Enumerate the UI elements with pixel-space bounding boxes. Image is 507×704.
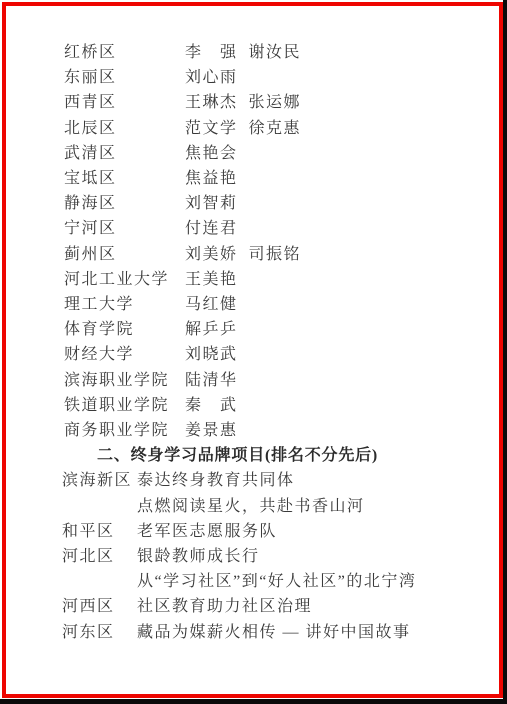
names-cell: 焦艳会: [185, 141, 238, 166]
org-cell: [62, 569, 137, 594]
project-cell: 银龄教师成长行: [137, 544, 260, 569]
list-item: 红桥区李 强 谢汝民: [0, 40, 507, 65]
org-cell: 商务职业学院: [64, 418, 185, 443]
org-cell: 东丽区: [64, 65, 185, 90]
names-cell: 王琳杰 张运娜: [185, 90, 301, 115]
names-cell: 王美艳: [185, 267, 238, 292]
org-cell: 西青区: [64, 90, 185, 115]
list-item: 静海区刘智莉: [0, 191, 507, 216]
scan-edge-bottom: [0, 699, 507, 704]
list-item: 铁道职业学院秦 武: [0, 393, 507, 418]
org-cell: 武清区: [64, 141, 185, 166]
project-cell: 老军医志愿服务队: [137, 519, 277, 544]
names-cell: 马红健: [185, 292, 238, 317]
org-cell: 静海区: [64, 191, 185, 216]
org-cell: 北辰区: [64, 116, 185, 141]
org-cell: 河东区: [62, 620, 137, 645]
project-cell: 点燃阅读星火，共赴书香山河: [137, 494, 365, 519]
org-cell: 铁道职业学院: [64, 393, 185, 418]
list-item: 武清区焦艳会: [0, 141, 507, 166]
org-cell: 理工大学: [64, 292, 185, 317]
names-cell: 焦益艳: [185, 166, 238, 191]
list-item: 西青区王琳杰 张运娜: [0, 90, 507, 115]
org-cell: 宁河区: [64, 216, 185, 241]
list-item: 商务职业学院姜景惠: [0, 418, 507, 443]
names-cell: 付连君: [185, 216, 238, 241]
list-item: 河北区银龄教师成长行: [0, 544, 507, 569]
names-cell: 解乒乒: [185, 317, 238, 342]
list-item: 北辰区范文学 徐克惠: [0, 116, 507, 141]
names-cell: 陆清华: [185, 368, 238, 393]
org-cell: 体育学院: [64, 317, 185, 342]
section-heading: 二、终身学习品牌项目(排名不分先后): [0, 443, 507, 468]
org-cell: 滨海新区: [62, 468, 137, 493]
names-cell: 刘晓武: [185, 342, 238, 367]
names-cell: 刘美娇 司振铭: [185, 242, 301, 267]
list-item: 东丽区刘心雨: [0, 65, 507, 90]
list-item: 点燃阅读星火，共赴书香山河: [0, 494, 507, 519]
org-cell: 河西区: [62, 594, 137, 619]
list-item: 和平区老军医志愿服务队: [0, 519, 507, 544]
names-cell: 李 强 谢汝民: [185, 40, 301, 65]
document-content: 红桥区李 强 谢汝民 东丽区刘心雨 西青区王琳杰 张运娜 北辰区范文学 徐克惠 …: [0, 40, 507, 645]
names-cell: 范文学 徐克惠: [185, 116, 301, 141]
names-cell: 刘心雨: [185, 65, 238, 90]
org-cell: 滨海职业学院: [64, 368, 185, 393]
list-item: 从“学习社区”到“好人社区”的北宁湾: [0, 569, 507, 594]
scanned-document-page: { "page": { "border_color": "#ee0500", "…: [0, 0, 507, 704]
list-item: 河西区社区教育助力社区治理: [0, 594, 507, 619]
project-cell: 社区教育助力社区治理: [137, 594, 312, 619]
org-cell: 和平区: [62, 519, 137, 544]
list-item: 理工大学马红健: [0, 292, 507, 317]
org-cell: [62, 494, 137, 519]
org-cell: 红桥区: [64, 40, 185, 65]
list-item: 宝坻区焦益艳: [0, 166, 507, 191]
org-cell: 宝坻区: [64, 166, 185, 191]
list-item: 宁河区付连君: [0, 216, 507, 241]
list-item: 滨海新区泰达终身教育共同体: [0, 468, 507, 493]
project-cell: 藏品为媒薪火相传 — 讲好中国故事: [137, 620, 411, 645]
project-cell: 从“学习社区”到“好人社区”的北宁湾: [137, 569, 416, 594]
list-item: 滨海职业学院陆清华: [0, 368, 507, 393]
names-cell: 姜景惠: [185, 418, 238, 443]
names-cell: 刘智莉: [185, 191, 238, 216]
org-cell: 财经大学: [64, 342, 185, 367]
list-item: 河东区藏品为媒薪火相传 — 讲好中国故事: [0, 620, 507, 645]
names-cell: 秦 武: [185, 393, 238, 418]
org-cell: 河北区: [62, 544, 137, 569]
list-item: 体育学院解乒乒: [0, 317, 507, 342]
org-cell: 蓟州区: [64, 242, 185, 267]
list-item: 蓟州区刘美娇 司振铭: [0, 242, 507, 267]
project-cell: 泰达终身教育共同体: [137, 468, 295, 493]
list-item: 河北工业大学王美艳: [0, 267, 507, 292]
org-cell: 河北工业大学: [64, 267, 185, 292]
list-item: 财经大学刘晓武: [0, 342, 507, 367]
